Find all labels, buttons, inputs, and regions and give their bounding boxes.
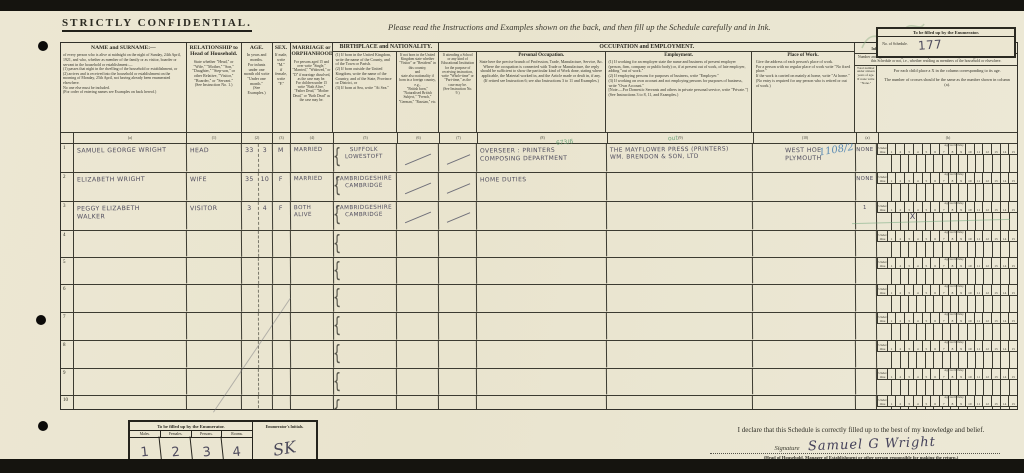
cell-occupation: Overseer : Printers Composing Department bbox=[477, 143, 607, 172]
age-grid-cell bbox=[1000, 242, 1008, 257]
age-grid-cell bbox=[1000, 269, 1008, 284]
age-grid-cell bbox=[877, 352, 891, 368]
age-grid-cell bbox=[933, 296, 941, 312]
age-grid-cell bbox=[992, 184, 1000, 201]
cell-birthplace: Cambridgeshire Cambridge{ bbox=[333, 173, 397, 202]
age-grid-cell bbox=[958, 407, 966, 410]
age-grid-cell bbox=[925, 242, 933, 257]
age-grid-cell bbox=[877, 324, 891, 340]
age-grid-cell bbox=[891, 155, 899, 172]
cell-age_months bbox=[258, 231, 272, 257]
cell-name bbox=[74, 230, 187, 257]
age-grid-caption: Age last birthday. bbox=[891, 202, 1017, 205]
age-grid-cell bbox=[925, 155, 933, 172]
cell-marriage bbox=[290, 341, 333, 368]
age-grid-cell bbox=[900, 407, 908, 410]
cell-relationship bbox=[187, 285, 242, 313]
cell-children_total bbox=[855, 231, 877, 257]
age-grid-cell bbox=[942, 352, 950, 368]
printed-brace: { bbox=[333, 145, 342, 171]
age-grid-cell bbox=[950, 324, 958, 340]
cell-nationality bbox=[397, 369, 439, 395]
age-grid-cell bbox=[992, 380, 1000, 395]
age-grid-cell bbox=[900, 324, 908, 340]
cell-occupation bbox=[477, 201, 607, 230]
cell-nationality bbox=[397, 285, 439, 312]
age-grid-cell bbox=[877, 296, 891, 312]
cell-grid: Age last birthday.Under One1234567891011… bbox=[877, 369, 1017, 395]
age-grid-caption: Age last birthday. bbox=[891, 313, 1017, 316]
age-grid-cell bbox=[1000, 380, 1008, 395]
cell-employment bbox=[607, 312, 753, 341]
age-grid-cell bbox=[877, 407, 891, 410]
col-num: (3) bbox=[273, 133, 291, 143]
cell-grid: Age last birthday.Under One1234567891011… bbox=[877, 202, 1017, 230]
age-grid-cell bbox=[983, 269, 991, 284]
age-grid-cell bbox=[950, 213, 958, 230]
header-employment-title: Employment. bbox=[606, 52, 750, 59]
cell-name: Samuel George Wright bbox=[74, 143, 187, 172]
cell-name: Peggy Elizabeth Walker bbox=[74, 201, 187, 230]
age-grid-cell bbox=[908, 352, 916, 368]
age-grid-label: Under One bbox=[877, 396, 886, 406]
age-grid-cell bbox=[877, 269, 891, 284]
cell-sex bbox=[272, 369, 290, 395]
printed-brace: { bbox=[333, 259, 342, 284]
age-grid-cell bbox=[916, 184, 924, 201]
age-grid-cell bbox=[975, 155, 983, 172]
age-grid-cell bbox=[983, 242, 991, 257]
header-name-column: NAME and SURNAME:— of every person who i… bbox=[61, 43, 187, 132]
header-age-column: AGE. In years and months. For infants un… bbox=[242, 43, 273, 132]
cell-name bbox=[74, 368, 187, 395]
age-grid-cell bbox=[975, 184, 983, 201]
cell-age_months bbox=[258, 396, 272, 410]
age-grid-cell bbox=[958, 213, 966, 230]
age-grid-cell bbox=[933, 352, 941, 368]
cell-employment bbox=[607, 284, 753, 313]
printed-brace: { bbox=[333, 342, 342, 368]
cell-name bbox=[74, 257, 187, 284]
cell-marriage bbox=[290, 285, 333, 312]
cell-num: 4 bbox=[61, 231, 74, 257]
schedule-number-value: 177 bbox=[918, 37, 943, 53]
cell-nationality bbox=[397, 144, 439, 172]
age-grid-cell bbox=[958, 296, 966, 312]
age-grid-cell bbox=[983, 380, 991, 395]
age-grid-cell bbox=[900, 296, 908, 312]
age-grid-label: Under One bbox=[877, 202, 886, 212]
age-grid-caption: Age last birthday. bbox=[891, 396, 1017, 399]
cell-place bbox=[752, 284, 855, 312]
cell-age_years: 3 bbox=[241, 202, 258, 230]
header-birthplace-group: BIRTHPLACE and NATIONALITY. (1) If born … bbox=[333, 43, 439, 132]
age-grid-cell bbox=[967, 296, 975, 312]
cell-age_years bbox=[241, 285, 258, 312]
age-grid-cell bbox=[967, 184, 975, 201]
cell-grid: Age last birthday.Under One1234567891011… bbox=[877, 285, 1017, 312]
cell-marriage: Both Alive bbox=[290, 202, 333, 230]
cell-age_months: 10 bbox=[258, 173, 272, 201]
cell-age_months bbox=[258, 285, 272, 312]
age-grid-cell bbox=[967, 380, 975, 395]
green-note-annotation: out bbox=[668, 135, 678, 143]
age-grid-cell bbox=[1000, 352, 1008, 368]
cell-sex: M bbox=[272, 144, 290, 172]
age-grid-cell bbox=[942, 324, 950, 340]
cell-relationship bbox=[187, 313, 242, 341]
age-grid-cell bbox=[983, 213, 991, 230]
age-grid-cell bbox=[1009, 155, 1017, 172]
age-grid-cell bbox=[900, 352, 908, 368]
cell-place bbox=[752, 368, 855, 395]
header-personal-occupation-text: State here the precise branch of Profess… bbox=[477, 59, 605, 85]
cell-num: 2 bbox=[61, 173, 74, 201]
age-grid-cell bbox=[967, 213, 975, 230]
age-grid-cell bbox=[891, 324, 899, 340]
age-grid-cell bbox=[1000, 296, 1008, 312]
age-grid-cell bbox=[983, 184, 991, 201]
age-grid-cell bbox=[908, 242, 916, 257]
age-grid-cell bbox=[908, 155, 916, 172]
age-grid-cell bbox=[933, 184, 941, 201]
cell-children_total: None bbox=[855, 144, 877, 172]
header-relationship-text: State whether "Head," or "Wife," "Mother… bbox=[187, 59, 241, 89]
age-grid-cell bbox=[967, 407, 975, 410]
age-grid-cell bbox=[933, 269, 941, 284]
age-grid-cell bbox=[1000, 184, 1008, 201]
table-row: 6{Age last birthday.Under One12345678910… bbox=[61, 285, 1017, 313]
cell-place bbox=[752, 172, 855, 201]
age-grid-cell bbox=[916, 407, 924, 410]
age-grid-caption: Age last birthday. bbox=[891, 285, 1017, 288]
cell-relationship: Head bbox=[187, 144, 242, 173]
age-grid-cell bbox=[877, 184, 891, 201]
age-grid-cell bbox=[958, 324, 966, 340]
age-grid-cell bbox=[992, 407, 1000, 410]
cell-employment bbox=[607, 230, 753, 258]
cell-age_years: 35 bbox=[241, 173, 258, 201]
age-grid-cell bbox=[942, 184, 950, 201]
cell-age_months: 3 bbox=[258, 144, 272, 172]
header-personal-occupation-title: Personal Occupation. bbox=[477, 52, 605, 59]
cell-occupation bbox=[477, 312, 607, 340]
cell-grid: Age last birthday.Under One1234567891011… bbox=[877, 144, 1017, 172]
age-grid-cell bbox=[925, 352, 933, 368]
table-row: 7{Age last birthday.Under One12345678910… bbox=[61, 313, 1017, 341]
header-age-text: In years and months. For infants under o… bbox=[242, 52, 272, 96]
cell-education bbox=[439, 144, 477, 172]
age-grid-cell bbox=[925, 407, 933, 410]
age-grid-cell bbox=[933, 155, 941, 172]
cell-age_years bbox=[241, 313, 258, 340]
cell-nationality bbox=[397, 313, 439, 340]
col-num: (b) bbox=[879, 133, 1017, 143]
cell-occupation bbox=[477, 395, 607, 410]
cell-birthplace: Suffolk Lowestoft{ bbox=[333, 144, 397, 173]
age-grid-cell bbox=[942, 407, 950, 410]
cell-age_years bbox=[242, 231, 259, 257]
cell-relationship: Visitor bbox=[187, 202, 242, 231]
header-name-title: NAME and SURNAME:— bbox=[61, 43, 186, 52]
cell-relationship bbox=[187, 258, 242, 285]
age-grid-cell bbox=[916, 155, 924, 172]
age-grid-cell bbox=[992, 213, 1000, 230]
cell-children_total bbox=[855, 396, 877, 410]
age-grid-cell bbox=[925, 184, 933, 201]
cell-num: 6 bbox=[61, 285, 74, 312]
cell-age_years bbox=[242, 396, 259, 410]
col-num: (2) bbox=[242, 133, 273, 143]
cell-nationality bbox=[397, 173, 439, 201]
printed-brace: { bbox=[333, 174, 342, 200]
table-row: 2Elizabeth WrightWife3510FMarriedCambrid… bbox=[61, 173, 1017, 202]
column-number-strip: (a) (1) (2) (3) (4) (5) (6) (7) (8) (9) … bbox=[61, 133, 1017, 144]
age-grid-cell bbox=[877, 380, 891, 395]
cell-education bbox=[439, 258, 477, 284]
age-grid-cell bbox=[942, 269, 950, 284]
age-grid-cell bbox=[967, 155, 975, 172]
age-grid-cell bbox=[992, 352, 1000, 368]
age-grid-cell bbox=[925, 269, 933, 284]
age-grid-cell bbox=[950, 296, 958, 312]
age-grid-cell bbox=[950, 352, 958, 368]
table-rows: 1Samuel George WrightHead333MMarriedSuff… bbox=[61, 144, 1017, 410]
cell-age_months bbox=[258, 369, 272, 395]
age-grid-label: Under One bbox=[877, 231, 886, 241]
col-num: (a) bbox=[857, 133, 879, 143]
age-grid-cell bbox=[950, 155, 958, 172]
header-relationship-title: RELATIONSHIP to Head of Household. bbox=[187, 43, 241, 59]
cell-name bbox=[74, 395, 187, 410]
confidential-heading: STRICTLY CONFIDENTIAL. bbox=[62, 17, 252, 32]
cell-education bbox=[439, 396, 477, 410]
cell-nationality bbox=[397, 396, 439, 410]
age-grid-cell bbox=[983, 155, 991, 172]
cell-sex: F bbox=[272, 202, 290, 230]
cell-sex bbox=[272, 396, 290, 410]
cell-birthplace: { bbox=[333, 258, 397, 285]
col-num: (a) bbox=[74, 133, 187, 143]
cell-sex: F bbox=[272, 173, 290, 201]
age-grid-cell bbox=[958, 352, 966, 368]
age-grid-cell bbox=[992, 324, 1000, 340]
age-grid-cell bbox=[1009, 380, 1017, 395]
cell-age_months: 4 bbox=[258, 202, 272, 230]
age-grid-cell bbox=[1009, 269, 1017, 284]
age-grid-caption: Age last birthday. bbox=[891, 258, 1017, 261]
age-grid-cell bbox=[1009, 213, 1017, 230]
child-age-x-mark: X bbox=[909, 212, 916, 221]
age-grid-label: Under One bbox=[877, 369, 886, 379]
blue-code-annotation: 1108/2 bbox=[817, 143, 854, 160]
cell-occupation bbox=[477, 230, 607, 257]
age-grid-cell bbox=[983, 324, 991, 340]
age-grid-cell bbox=[908, 380, 916, 395]
col-num: (9) bbox=[608, 133, 754, 143]
header-nationality-text: If not born in the United Kingdom state … bbox=[397, 52, 439, 105]
punch-hole bbox=[38, 41, 48, 51]
age-grid-cell bbox=[1000, 155, 1008, 172]
cell-education bbox=[439, 313, 477, 340]
cell-grid: Age last birthday.Under One1234567891011… bbox=[877, 173, 1017, 201]
cell-birthplace: Cambridgeshire Cambridge{ bbox=[333, 202, 397, 231]
punch-hole bbox=[36, 315, 46, 325]
age-grid-cell bbox=[958, 184, 966, 201]
age-grid-cell bbox=[1000, 407, 1008, 410]
cell-grid: Age last birthday.Under One1234567891011… bbox=[877, 231, 1017, 257]
age-grid-caption: Age last birthday. bbox=[891, 341, 1017, 344]
col-num: (1) bbox=[187, 133, 242, 143]
cell-birthplace: { bbox=[333, 313, 397, 341]
cell-marriage bbox=[290, 396, 333, 410]
table-row: 9{Age last birthday.Under One12345678910… bbox=[61, 369, 1017, 396]
cell-education bbox=[439, 369, 477, 395]
age-grid-cell bbox=[958, 155, 966, 172]
cell-num: 7 bbox=[61, 313, 74, 340]
cell-children_total bbox=[855, 313, 877, 340]
col-num: (4) bbox=[291, 133, 334, 143]
age-grid-cell bbox=[958, 269, 966, 284]
census-schedule-scan: STRICTLY CONFIDENTIAL. Please read the I… bbox=[0, 0, 1024, 473]
scan-edge-bottom bbox=[0, 459, 1024, 473]
age-grid-cell bbox=[877, 155, 891, 172]
age-grid-cell bbox=[967, 269, 975, 284]
cell-age_years: 33 bbox=[241, 144, 258, 172]
header-birthplace-group-title: BIRTHPLACE and NATIONALITY. bbox=[333, 43, 438, 52]
cell-name bbox=[74, 340, 187, 368]
cell-occupation bbox=[477, 340, 607, 368]
cell-grid: Age last birthday.Under One1234567891011… bbox=[877, 341, 1017, 368]
header-birthplace-text: (1) If born in the United Kingdom, write… bbox=[333, 52, 395, 92]
cell-employment bbox=[607, 368, 753, 396]
cell-employment bbox=[607, 257, 753, 285]
age-grid-caption: Age last birthday. bbox=[891, 173, 1017, 176]
cell-age_months bbox=[258, 341, 272, 368]
age-grid-cell bbox=[1009, 352, 1017, 368]
age-grid-caption: Age last birthday. bbox=[891, 231, 1017, 234]
age-grid-cell bbox=[983, 407, 991, 410]
age-grid-cell bbox=[916, 380, 924, 395]
col-num: (8) bbox=[478, 133, 608, 143]
printed-brace: { bbox=[333, 232, 342, 257]
cell-name bbox=[74, 284, 187, 312]
cell-relationship bbox=[187, 341, 242, 369]
age-grid-cell bbox=[958, 380, 966, 395]
header-occupation-group: OCCUPATION and EMPLOYMENT. If attending … bbox=[439, 43, 855, 132]
age-grid-cell bbox=[975, 269, 983, 284]
cell-education bbox=[439, 173, 477, 201]
punch-hole bbox=[38, 421, 48, 431]
age-grid-cell bbox=[950, 269, 958, 284]
cell-marriage bbox=[290, 313, 333, 340]
table-row: 3Peggy Elizabeth WalkerVisitor34FBoth Al… bbox=[61, 202, 1017, 231]
age-grid-cell bbox=[900, 269, 908, 284]
age-grid-cell bbox=[900, 242, 908, 257]
age-grid-cell bbox=[916, 324, 924, 340]
age-grid-cell bbox=[975, 242, 983, 257]
age-grid-cell bbox=[877, 242, 891, 257]
cell-employment bbox=[607, 172, 753, 202]
scan-edge-top bbox=[0, 0, 1024, 11]
col-num: (10) bbox=[754, 133, 857, 143]
printed-brace: { bbox=[333, 370, 342, 395]
age-grid-cell bbox=[1009, 407, 1017, 410]
age-grid-cell bbox=[975, 352, 983, 368]
enumerator-box-title: To be filled up by the Enumerator. bbox=[130, 422, 252, 431]
table-row: 5{Age last birthday.Under One12345678910… bbox=[61, 258, 1017, 285]
age-grid-cell bbox=[908, 324, 916, 340]
age-grid-cell bbox=[916, 352, 924, 368]
cell-grid: Age last birthday.Under One1234567891011… bbox=[877, 258, 1017, 284]
age-grid-cell bbox=[933, 324, 941, 340]
cell-relationship bbox=[187, 231, 242, 258]
age-grid-caption: Age last birthday. bbox=[891, 369, 1017, 372]
cell-marriage bbox=[290, 231, 333, 257]
header-marriage-title: MARRIAGE or ORPHANHOOD. bbox=[291, 43, 333, 59]
cell-children_total bbox=[855, 341, 877, 368]
schedule-number-box: To be filled up by the Enumerator. No. o… bbox=[876, 27, 1016, 58]
cell-place: West Hoe Plymouth1108/2 bbox=[752, 143, 855, 172]
age-grid-cell bbox=[942, 296, 950, 312]
age-grid-cell bbox=[925, 324, 933, 340]
age-grid-cell bbox=[975, 380, 983, 395]
age-grid-cell bbox=[1009, 242, 1017, 257]
cell-occupation: Home Duties bbox=[477, 172, 607, 201]
cell-place bbox=[752, 230, 855, 257]
cell-birthplace: { bbox=[333, 231, 397, 258]
cell-education bbox=[439, 341, 477, 368]
table-row: 10{Age last birthday.Under One1234567891… bbox=[61, 396, 1017, 410]
cell-occupation bbox=[477, 257, 607, 284]
cell-marriage: Married bbox=[290, 173, 333, 201]
age-grid-cell bbox=[908, 407, 916, 410]
age-grid-cell bbox=[992, 296, 1000, 312]
age-grid-cell bbox=[900, 184, 908, 201]
table-row: 4{Age last birthday.Under One12345678910… bbox=[61, 231, 1017, 258]
age-grid-cell bbox=[983, 296, 991, 312]
signature-label: Signature bbox=[775, 445, 800, 452]
header-employment-text: (1) If working for an employer state the… bbox=[606, 59, 750, 99]
cell-name: Elizabeth Wright bbox=[74, 172, 187, 201]
cell-employment bbox=[607, 201, 753, 231]
cell-children_total bbox=[855, 285, 877, 312]
age-grid-label: Under One bbox=[877, 285, 886, 295]
printed-brace: { bbox=[333, 397, 342, 410]
age-grid-cell bbox=[950, 242, 958, 257]
cell-age_years bbox=[242, 369, 259, 395]
age-grid-cell bbox=[916, 296, 924, 312]
cell-employment bbox=[607, 340, 753, 369]
declaration-section: I declare that this Schedule is correctl… bbox=[698, 426, 1024, 460]
cell-num: 8 bbox=[61, 341, 74, 368]
cell-num: 3 bbox=[61, 202, 74, 230]
age-grid-cell bbox=[950, 380, 958, 395]
cell-occupation bbox=[477, 284, 607, 312]
header-sex-title: SEX. bbox=[273, 43, 290, 52]
col-num: (5) bbox=[334, 133, 398, 143]
age-grid-label: Under One bbox=[877, 313, 886, 323]
age-grid-cell bbox=[933, 380, 941, 395]
cell-marriage bbox=[290, 369, 333, 395]
cell-employment bbox=[607, 395, 753, 410]
cell-nationality bbox=[397, 341, 439, 368]
header-children-grid-text: For each child place a X in the column c… bbox=[877, 66, 1017, 92]
age-grid-cell bbox=[942, 380, 950, 395]
cell-num: 10 bbox=[61, 396, 74, 410]
cell-birthplace: { bbox=[333, 369, 397, 396]
age-grid-cell bbox=[908, 296, 916, 312]
